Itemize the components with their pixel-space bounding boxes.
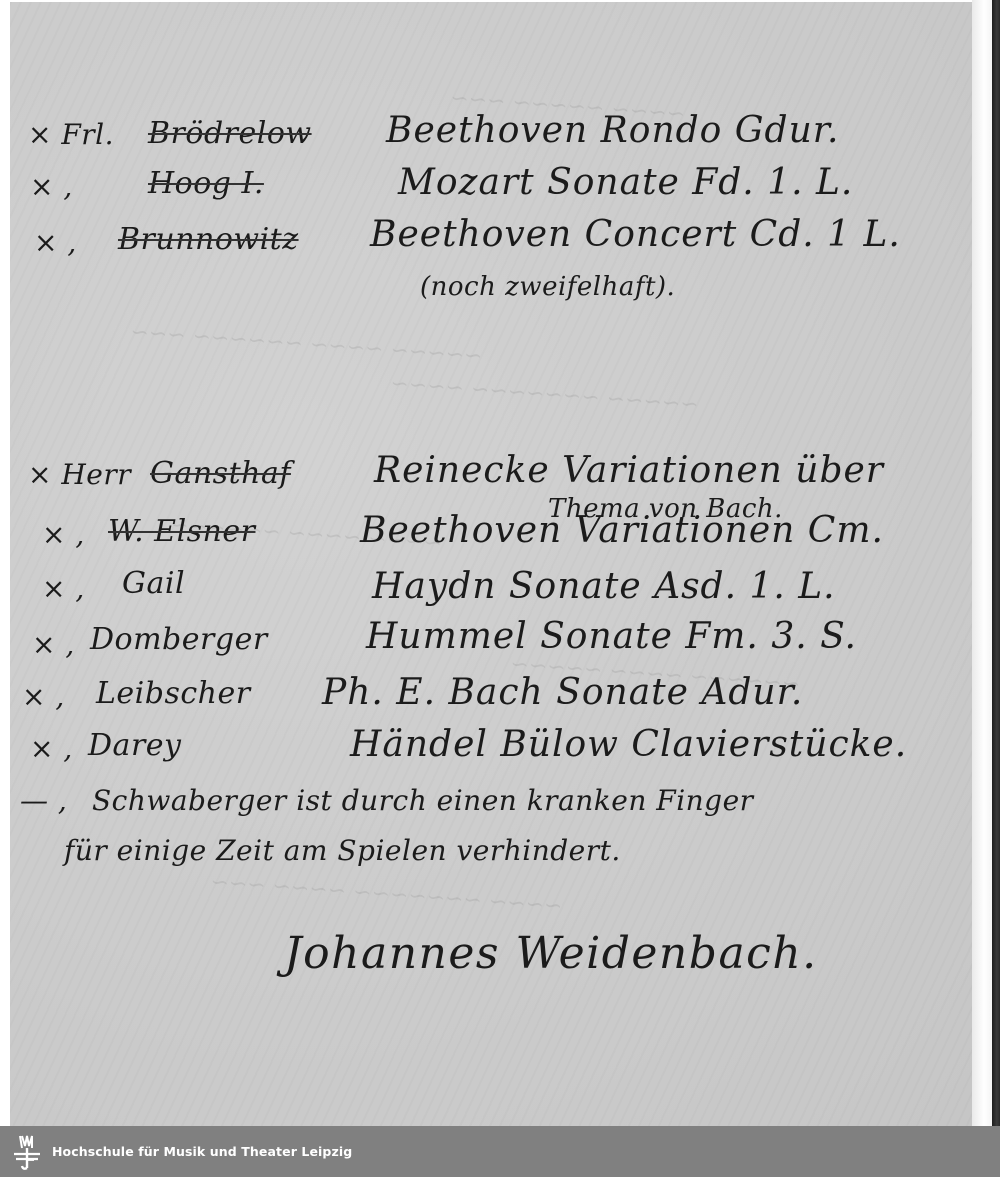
check-mark: × , [42, 572, 85, 605]
check-mark: × , [30, 732, 73, 765]
bleed-through-text: ~~~~~ ~~~~~~~ ~~~~ [390, 371, 700, 417]
student-name: Brunnowitz [118, 222, 299, 257]
assigned-piece: Beethoven Rondo Gdur. [386, 110, 839, 151]
check-mark: × , [30, 170, 73, 203]
student-name: Gail [122, 566, 185, 601]
signature: Johannes Weidenbach. [284, 928, 818, 979]
student-name: Gansthaf [150, 456, 291, 491]
check-mark: × Frl. [28, 118, 114, 151]
assigned-piece: Beethoven Concert Cd. 1 L. [370, 214, 901, 255]
student-name: Domberger [90, 622, 268, 657]
assigned-piece: Mozart Sonate Fd. 1. L. [398, 162, 853, 203]
assigned-piece: Reinecke Variationen über [374, 450, 884, 491]
assigned-piece: Hummel Sonate Fm. 3. S. [366, 616, 857, 657]
page-edge [972, 0, 992, 1126]
assigned-piece: Haydn Sonate Asd. 1. L. [372, 566, 836, 607]
student-name: Hoog I. [148, 166, 264, 201]
institution-footer: Hochschule für Musik und Theater Leipzig [0, 1126, 1000, 1177]
check-mark: × Herr [28, 458, 131, 491]
student-name: Darey [88, 728, 181, 763]
assigned-piece-continuation: (noch zweifelhaft). [420, 272, 675, 302]
remark-line-2: für einige Zeit am Spielen verhindert. [64, 834, 621, 867]
check-mark: × , [22, 680, 65, 713]
binding-shadow [992, 0, 1000, 1126]
student-name: W. Elsner [108, 514, 255, 549]
remark-line-1: Schwaberger ist durch einen kranken Fing… [92, 784, 754, 817]
student-name: Leibscher [96, 676, 251, 711]
bleed-through-text: ~~~~~ ~~~~ ~~~~~~ ~~~ [130, 320, 484, 370]
assigned-piece: Beethoven Variationen Cm. [360, 510, 884, 551]
student-name: Brödrelow [148, 116, 312, 151]
assigned-piece: Ph. E. Bach Sonate Adur. [322, 672, 803, 713]
document-viewer: ~~~~ ~~~~~ ~~~ ~~~~~ ~~~~ ~~~~~~ ~~~ ~~~… [0, 0, 1000, 1177]
check-mark: × , [34, 226, 77, 259]
check-mark: × , [32, 628, 75, 661]
check-mark: × , [42, 518, 85, 551]
institution-name: Hochschule für Musik und Theater Leipzig [52, 1144, 352, 1159]
hmt-leipzig-logo-icon [12, 1132, 42, 1172]
bleed-through-text: ~~~~ ~~~~~~~ ~~~~ ~~~ [210, 870, 564, 920]
dash-mark: — , [20, 784, 67, 817]
assigned-piece: Händel Bülow Clavierstücke. [350, 724, 907, 765]
